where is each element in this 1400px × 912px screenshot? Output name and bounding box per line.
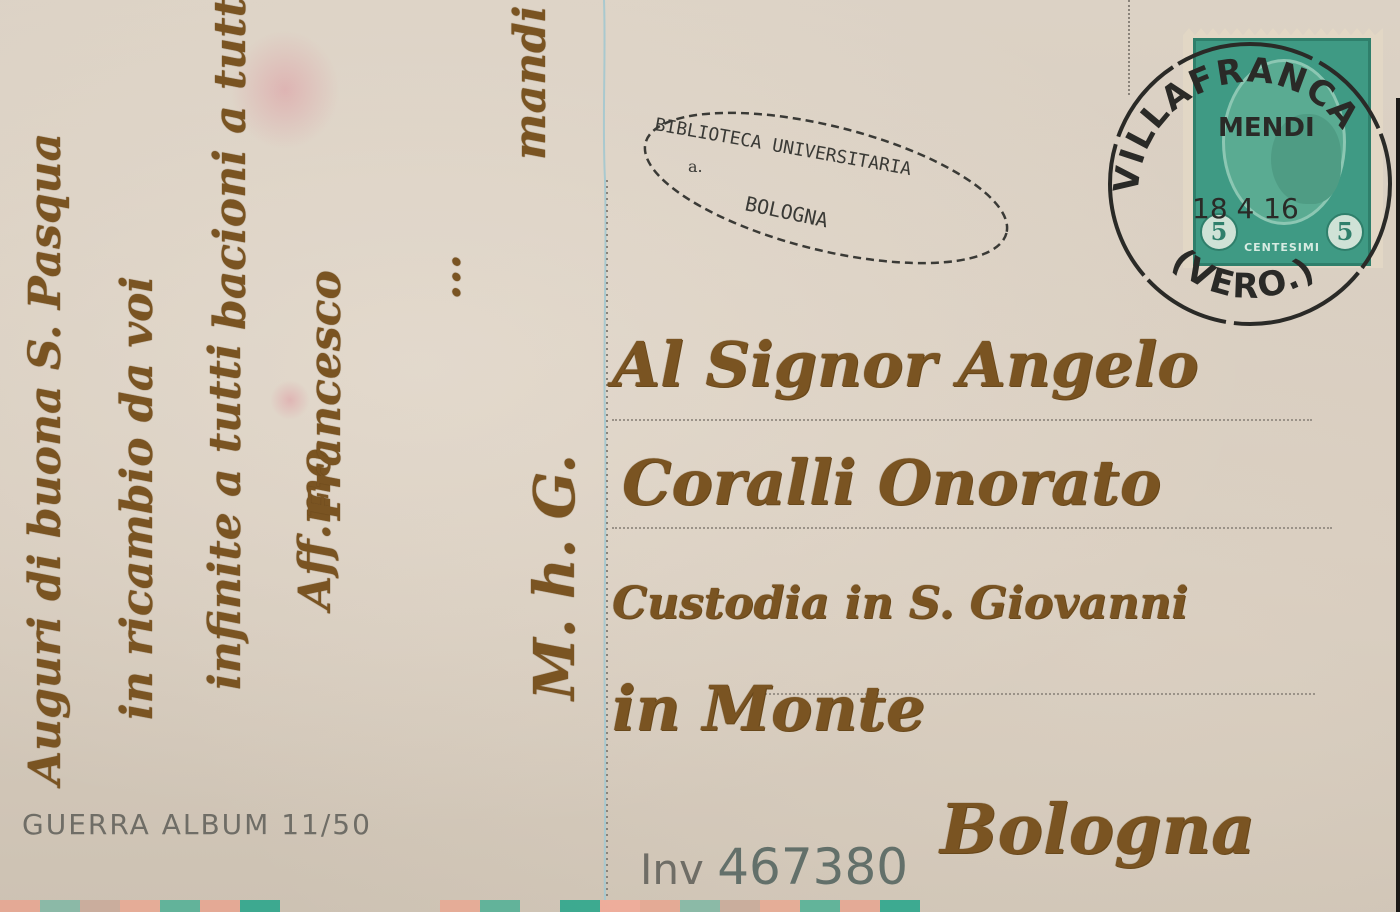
address-line-3: Custodia in S. Giovanni xyxy=(612,578,1188,629)
svg-text:BOLOGNA: BOLOGNA xyxy=(743,191,830,232)
address-line-2: Coralli Onorato xyxy=(622,446,1161,519)
postmark: VILLAFRANCA (VERO.) MENDI 18 4 16 xyxy=(1100,34,1396,334)
message-column: ... xyxy=(420,254,471,300)
scan-strip-segment xyxy=(760,900,800,912)
message-column: bacioni a tutti xyxy=(205,0,256,330)
scan-strip-segment xyxy=(640,900,680,912)
scan-color-strip xyxy=(0,900,1400,912)
scan-strip-segment xyxy=(880,900,920,912)
scan-strip-segment xyxy=(440,900,480,912)
center-divider xyxy=(600,0,610,900)
album-note: GUERRA ALBUM 11/50 xyxy=(22,808,372,841)
scan-strip-segment xyxy=(680,900,720,912)
scan-strip-segment xyxy=(840,900,880,912)
address-line xyxy=(612,419,1312,421)
inventory-note: Inv 467380 xyxy=(640,838,908,896)
scan-strip-segment xyxy=(200,900,240,912)
scan-edge xyxy=(1396,98,1400,912)
postcard: BIBLIOTECA UNIVERSITARIA a. BOLOGNA 5 5 … xyxy=(0,0,1400,912)
scan-strip-segment xyxy=(160,900,200,912)
address-line-5: Bologna xyxy=(940,790,1255,870)
message-column: infinite a tutti xyxy=(200,343,251,690)
message-column: Auguri di buona S. Pasqua xyxy=(20,133,71,785)
inventory-label: Inv xyxy=(640,845,704,894)
inventory-number: 467380 xyxy=(717,838,908,896)
scan-strip-segment xyxy=(480,900,520,912)
scan-strip-segment xyxy=(80,900,120,912)
scan-strip-segment xyxy=(120,900,160,912)
message-column: mandi xyxy=(505,5,556,160)
scan-strip-segment xyxy=(240,900,280,912)
scan-strip-segment xyxy=(40,900,80,912)
svg-text:(VERO.): (VERO.) xyxy=(1164,241,1323,307)
scan-strip-segment xyxy=(720,900,760,912)
scan-strip-segment xyxy=(800,900,840,912)
svg-text:a.: a. xyxy=(688,157,703,176)
message-column: in ricambio da voi xyxy=(112,276,163,720)
address-line-4: in Monte xyxy=(612,672,925,745)
sender-initials: M. h. G. xyxy=(522,454,588,700)
scan-strip-segment xyxy=(0,900,40,912)
address-line-1: Al Signor Angelo xyxy=(612,328,1199,401)
scan-strip-segment xyxy=(600,900,640,912)
svg-text:18 4 16: 18 4 16 xyxy=(1192,192,1299,225)
library-stamp: BIBLIOTECA UNIVERSITARIA a. BOLOGNA xyxy=(636,88,1016,288)
message-column: Francesco xyxy=(300,270,351,520)
address-line xyxy=(612,527,1332,529)
svg-text:MENDI: MENDI xyxy=(1218,113,1315,143)
scan-strip-segment xyxy=(560,900,600,912)
